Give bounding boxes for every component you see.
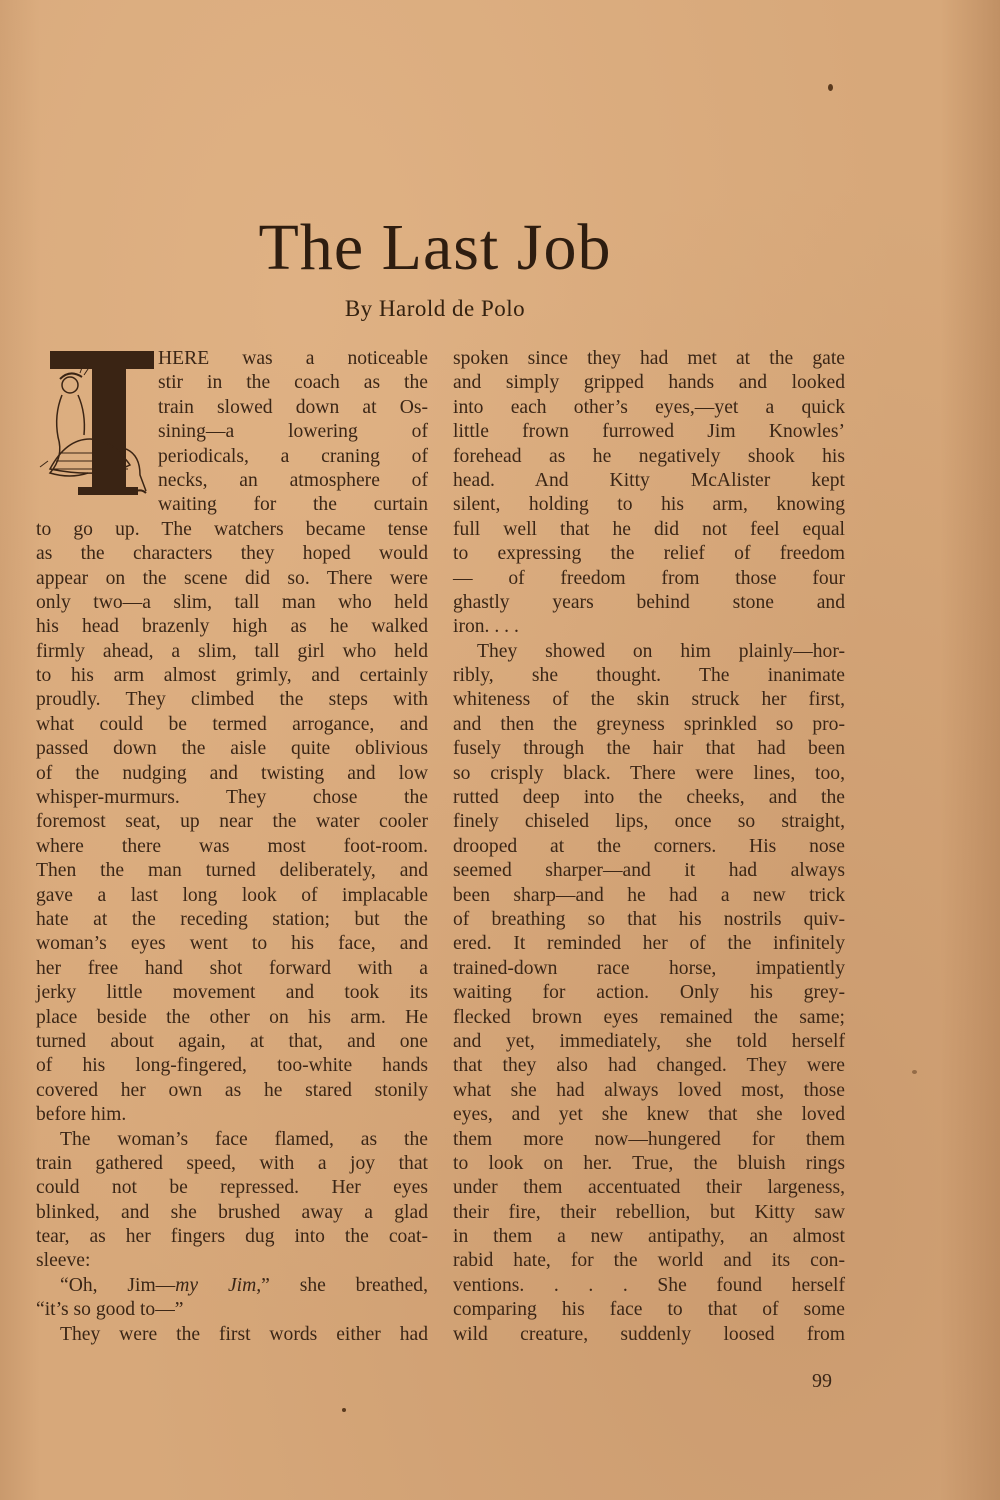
text-line: — of freedom from those four — [453, 567, 845, 591]
text-line: tear, as her fingers dug into the coat- — [36, 1225, 428, 1249]
text-line: to look on her. True, the bluish rings — [453, 1152, 845, 1176]
text-line: of his long-fingered, too-white hands — [36, 1054, 428, 1078]
article-title: The Last Job — [0, 208, 870, 288]
text-line: what she had always loved most, those — [453, 1079, 845, 1103]
text-column-left: HERE was a noticeable stir in the coach … — [36, 347, 428, 1347]
text-line: eyes, and yet she knew that she loved — [453, 1103, 845, 1127]
text-line: trained-down race horse, impatiently — [453, 957, 845, 981]
text-line: ventions. . . . She found herself — [453, 1274, 845, 1298]
text-line: little frown furrowed Jim Knowles’ — [453, 420, 845, 444]
text-line: whiteness of the skin struck her first, — [453, 688, 845, 712]
paper-speck — [342, 1408, 346, 1412]
text-line: silent, holding to his arm, knowing — [453, 493, 845, 517]
text-line: been sharp—and he had a new trick — [453, 884, 845, 908]
illustrated-dropcap-icon — [36, 349, 154, 497]
text-line: train gathered speed, with a joy that — [36, 1152, 428, 1176]
text-line: ered. It reminded her of the infinitely — [453, 932, 845, 956]
text-line: where there was most foot-room. — [36, 835, 428, 859]
text-line: iron. . . . — [453, 615, 845, 639]
text-line: her free hand shot forward with a — [36, 957, 428, 981]
text-line: covered her own as he stared stonily — [36, 1079, 428, 1103]
text-line: sleeve: — [36, 1249, 428, 1273]
page-number: 99 — [812, 1370, 832, 1393]
text-line: foremost seat, up near the water cooler — [36, 810, 428, 834]
text-line: seemed sharper—and it had always — [453, 859, 845, 883]
text-line: turned about again, at that, and one — [36, 1030, 428, 1054]
text-line: and yet, immediately, she told herself — [453, 1030, 845, 1054]
text-line: before him. — [36, 1103, 428, 1127]
text-line: their fire, their rebellion, but Kitty s… — [453, 1201, 845, 1225]
quote-italic: my Jim, — [175, 1275, 261, 1296]
text-line: only two—a slim, tall man who held — [36, 591, 428, 615]
text-line: place beside the other on his arm. He — [36, 1006, 428, 1030]
text-line: ghastly years behind stone and — [453, 591, 845, 615]
text-line: as the characters they hoped would — [36, 542, 428, 566]
text-line: to his arm almost grimly, and certainly — [36, 664, 428, 688]
text-line: wild creature, suddenly loosed from — [453, 1323, 845, 1347]
text-line: could not be repressed. Her eyes — [36, 1176, 428, 1200]
text-line: so crisply black. There were lines, too, — [453, 762, 845, 786]
text-line: necks, an atmosphere of — [158, 469, 428, 493]
text-line: to go up. The watchers became tense — [36, 518, 428, 542]
text-line: periodicals, a craning of — [158, 445, 428, 469]
text-line: stir in the coach as the — [158, 371, 428, 395]
text-line: ribly, she thought. The inanimate — [453, 664, 845, 688]
text-line: The woman’s face flamed, as the — [36, 1128, 428, 1152]
text-line: under them accentuated their largeness, — [453, 1176, 845, 1200]
text-line: head. And Kitty McAlister kept — [453, 469, 845, 493]
text-line: They were the first words either had — [36, 1323, 428, 1347]
text-line: hate at the receding station; but the — [36, 908, 428, 932]
text-line: train slowed down at Os- — [158, 396, 428, 420]
text-line: to expressing the relief of freedom — [453, 542, 845, 566]
text-line: whisper-murmurs. They chose the — [36, 786, 428, 810]
text-line: his head brazenly high as he walked — [36, 615, 428, 639]
text-line: what could be termed arrogance, and — [36, 713, 428, 737]
text-line: of the nudging and twisting and low — [36, 762, 428, 786]
magazine-page: The Last Job By Harold de Polo — [0, 0, 1000, 1500]
text-line: forehead as he negatively shook his — [453, 445, 845, 469]
text-line: into each other’s eyes,—yet a quick — [453, 396, 845, 420]
text-line: that they also had changed. They were — [453, 1054, 845, 1078]
text-line: in them a new antipathy, an almost — [453, 1225, 845, 1249]
text-line: gave a last long look of implacable — [36, 884, 428, 908]
text-column-right: spoken since they had met at the gate an… — [453, 347, 845, 1347]
quote-start: “Oh, Jim— — [60, 1275, 175, 1296]
text-line: and simply gripped hands and looked — [453, 371, 845, 395]
text-line: firmly ahead, a slim, tall girl who held — [36, 640, 428, 664]
text-line: comparing his face to that of some — [453, 1298, 845, 1322]
text-line: proudly. They climbed the steps with — [36, 688, 428, 712]
text-line: “it’s so good to—” — [36, 1298, 428, 1322]
paper-speck — [828, 84, 833, 91]
text-line: They showed on him plainly—hor- — [453, 640, 845, 664]
text-line: and then the greyness sprinkled so pro- — [453, 713, 845, 737]
text-line: sining—a lowering of — [158, 420, 428, 444]
text-line: flecked brown eyes remained the same; — [453, 1006, 845, 1030]
text-line: rabid hate, for the world and its con- — [453, 1249, 845, 1273]
text-line: rutted deep into the cheeks, and the — [453, 786, 845, 810]
text-line: Then the man turned deliberately, and — [36, 859, 428, 883]
text-line: waiting for action. Only his grey- — [453, 981, 845, 1005]
text-line: them more now—hungered for them — [453, 1128, 845, 1152]
text-line: passed down the aisle quite oblivious — [36, 737, 428, 761]
text-line: woman’s eyes went to his face, and — [36, 932, 428, 956]
text-line: spoken since they had met at the gate — [453, 347, 845, 371]
text-line: appear on the scene did so. There were — [36, 567, 428, 591]
article-byline: By Harold de Polo — [0, 294, 870, 324]
text-line: finely chiseled lips, once so straight, — [453, 810, 845, 834]
text-line: drooped at the corners. His nose — [453, 835, 845, 859]
text-line: of breathing so that his nostrils quiv- — [453, 908, 845, 932]
text-line: blinked, and she brushed away a glad — [36, 1201, 428, 1225]
text-line: fusely through the hair that had been — [453, 737, 845, 761]
text-line: waiting for the curtain — [158, 493, 428, 517]
text-line: HERE was a noticeable — [158, 347, 428, 371]
text-line: “Oh, Jim—my Jim,” she breathed, — [36, 1274, 428, 1298]
paper-speck — [912, 1070, 917, 1074]
text-line: full well that he did not feel equal — [453, 518, 845, 542]
text-line: jerky little movement and took its — [36, 981, 428, 1005]
quote-end: ” she breathed, — [261, 1275, 428, 1296]
